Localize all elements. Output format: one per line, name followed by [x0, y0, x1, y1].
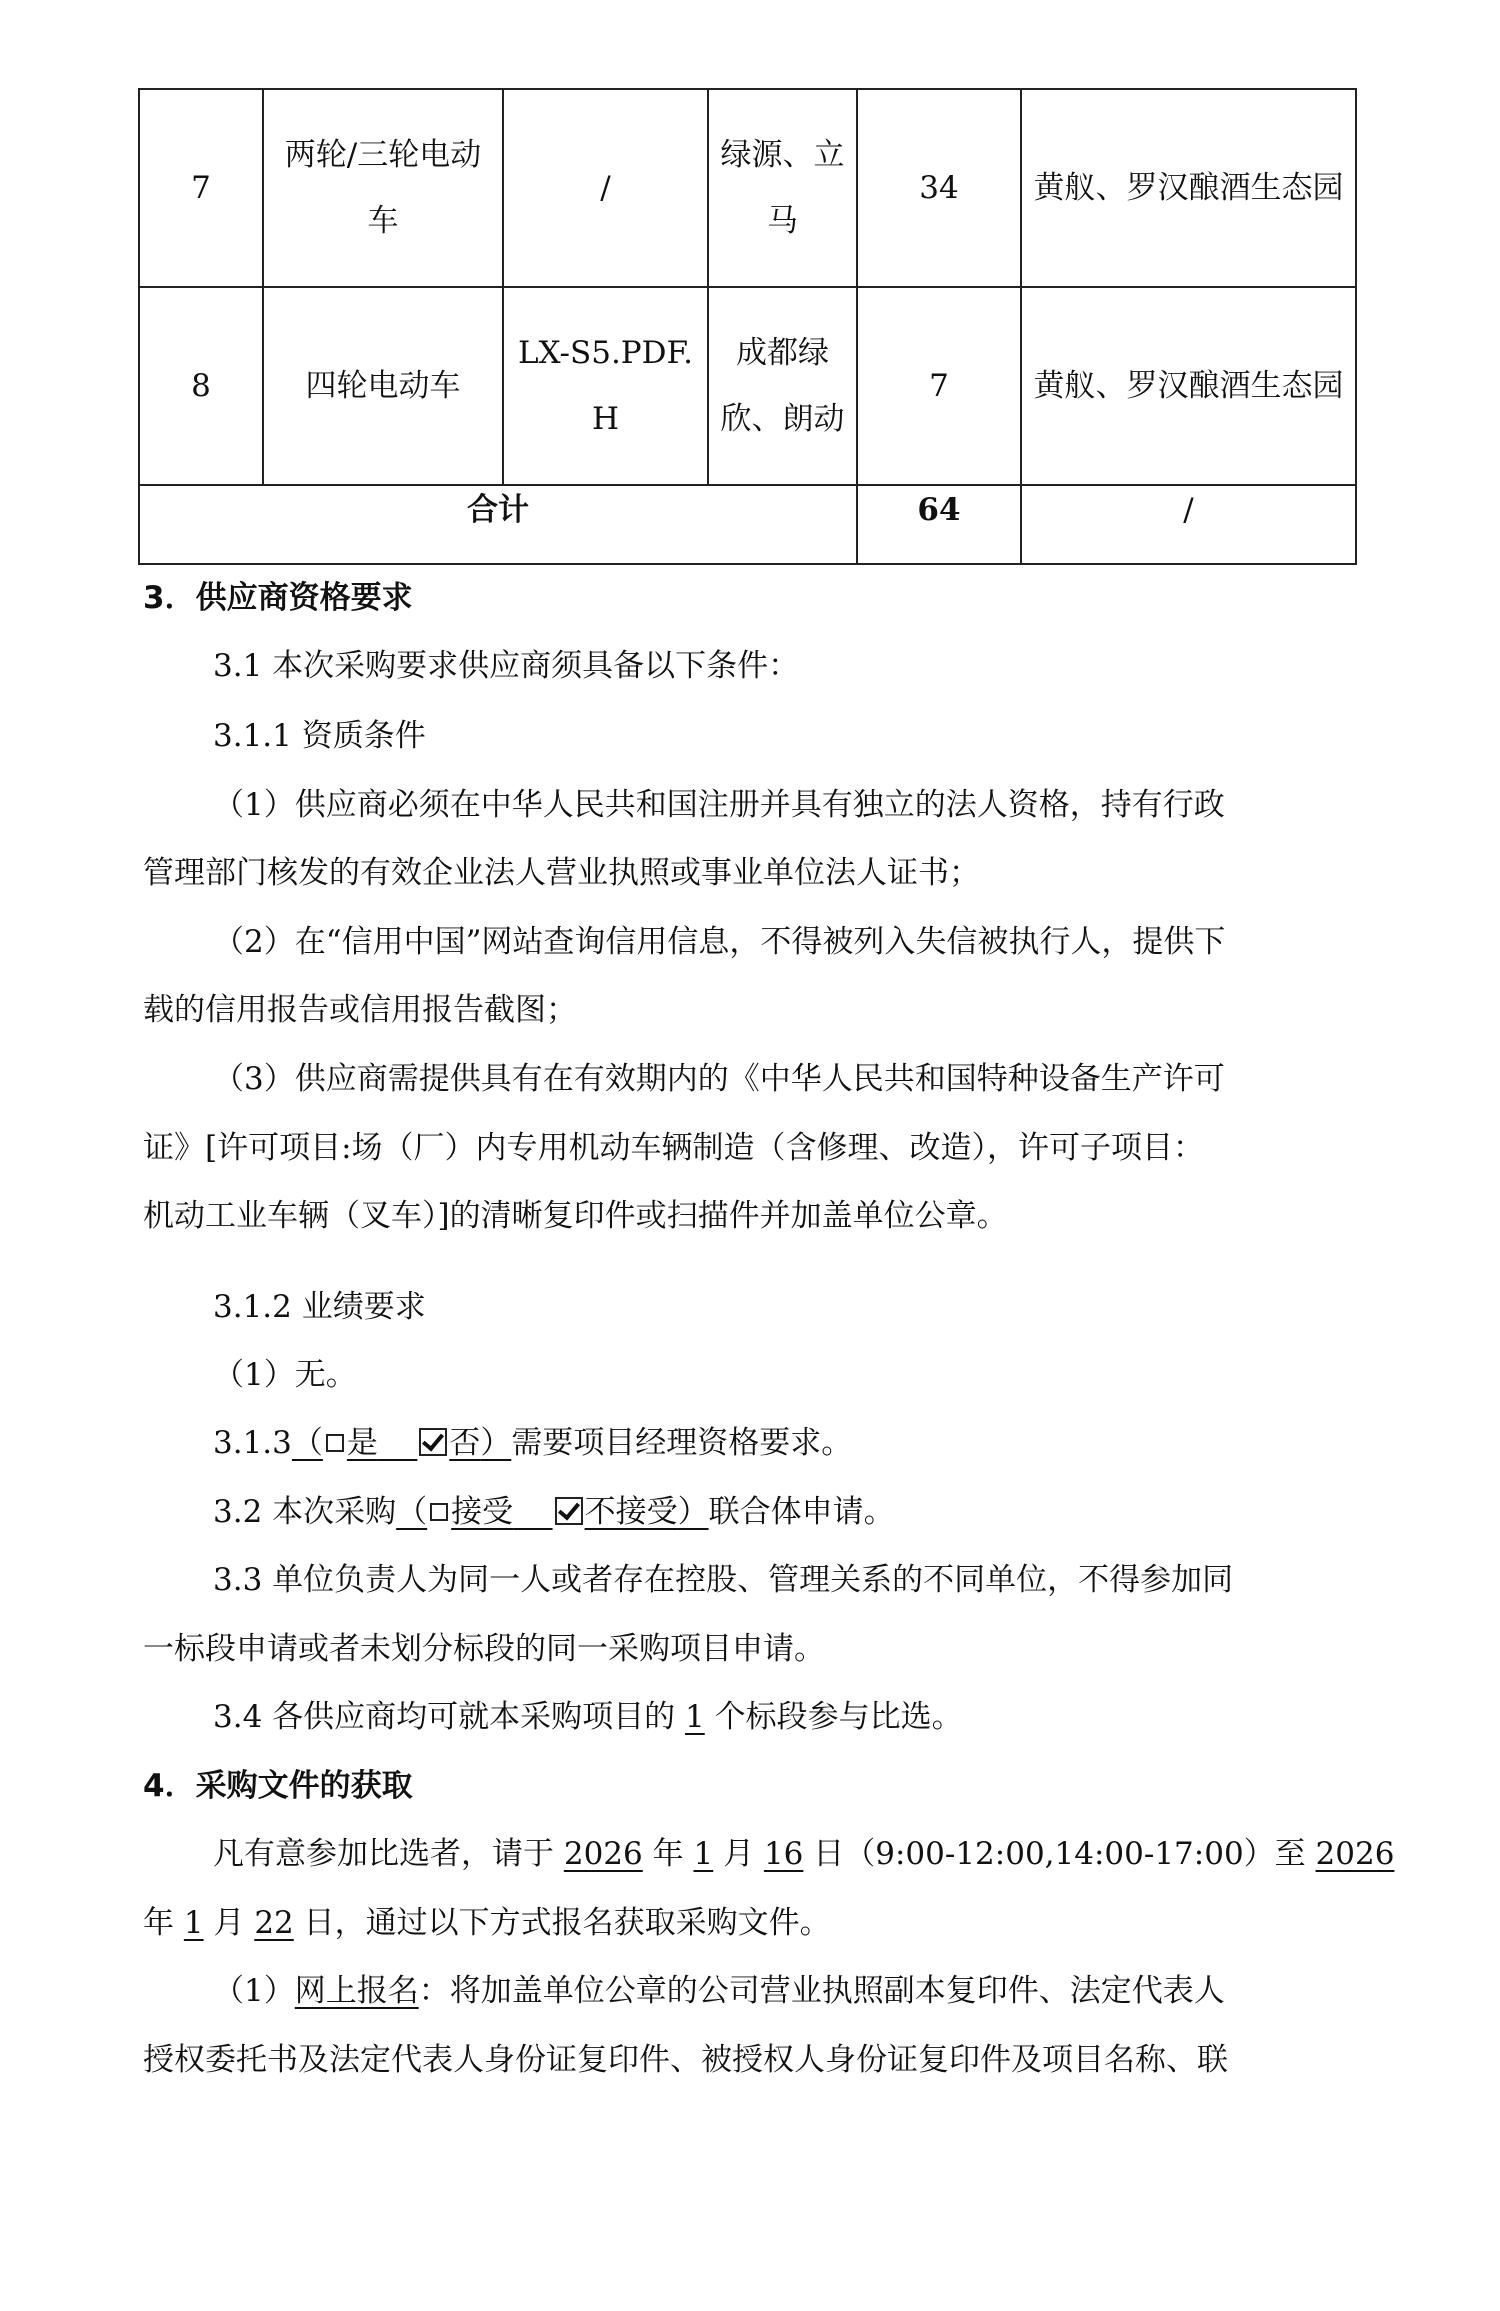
paren-close: ） [678, 1494, 709, 1530]
paren-close: ） [480, 1425, 511, 1461]
qualification-3-line3: 机动工业车辆（叉车）]的清晰复印件或扫描件并加盖单位公章。 [143, 1196, 1355, 1236]
total-label: 合计 [139, 485, 857, 564]
para-3-1-3-prefix: 3.1.3 [213, 1425, 292, 1461]
vehicle-name: 四轮电动车 [263, 287, 503, 485]
text: 年 [143, 1905, 184, 1941]
section-4-heading: 4．采购文件的获取 [143, 1766, 1355, 1806]
item-number: （1） [213, 1973, 295, 2009]
table-row: 8 四轮电动车 LX-S5.PDF.H 成都绿欣、朗动 7 黄舣、罗汉酿酒生态园 [139, 287, 1356, 485]
para-3-1-3: 3.1.3（是 否）需要项目经理资格要求。 [213, 1423, 1355, 1463]
para-3-4-suffix: 个标段参与比选。 [705, 1699, 963, 1735]
vehicle-quantity: 34 [857, 89, 1021, 287]
option-accept-label: 接受 [451, 1494, 513, 1530]
option-no-label: 否 [449, 1425, 480, 1461]
qualification-2-line1: （2）在“信用中国”网站查询信用信息，不得被列入失信被执行人，提供下 [213, 922, 1355, 962]
para-3-2-suffix: 联合体申请。 [709, 1494, 895, 1530]
total-location: / [1021, 485, 1356, 564]
para-3-3-line1: 3.3 单位负责人为同一人或者存在控股、管理关系的不同单位，不得参加同 [213, 1560, 1355, 1600]
total-quantity: 64 [857, 485, 1021, 564]
registration-period-line2: 年 1 月 22 日，通过以下方式报名获取采购文件。 [143, 1903, 1355, 1943]
qualification-2-line2: 载的信用报告或信用报告截图； [143, 990, 1355, 1030]
para-3-1: 3.1 本次采购要求供应商须具备以下条件： [213, 646, 1355, 686]
vehicle-table: 7 两轮/三轮电动车 / 绿源、立马 34 黄舣、罗汉酿酒生态园 8 四轮电动车… [138, 88, 1357, 565]
paren-open: （ [292, 1425, 323, 1461]
vehicle-location: 黄舣、罗汉酿酒生态园 [1021, 287, 1356, 485]
start-month: 1 [693, 1836, 713, 1872]
performance-item-1: （1）无。 [213, 1355, 1355, 1395]
project-manager-options: （是 否） [292, 1425, 511, 1461]
para-3-1-2: 3.1.2 业绩要求 [213, 1287, 1355, 1327]
paren-open: （ [396, 1494, 427, 1530]
option-reject-label: 不接受 [585, 1494, 678, 1530]
start-day: 16 [764, 1836, 803, 1872]
row-index: 8 [139, 287, 263, 485]
table-row: 7 两轮/三轮电动车 / 绿源、立马 34 黄舣、罗汉酿酒生态园 [139, 89, 1356, 287]
vehicle-name: 两轮/三轮电动车 [263, 89, 503, 287]
para-3-1-1: 3.1.1 资质条件 [213, 716, 1355, 756]
end-month: 1 [184, 1905, 204, 1941]
consortium-options: （接受 不接受） [396, 1494, 708, 1530]
para-3-4: 3.4 各供应商均可就本采购项目的 1 个标段参与比选。 [213, 1697, 1355, 1737]
checkbox-reject-checked-icon[interactable] [555, 1497, 583, 1525]
option-yes-label: 是 [347, 1425, 378, 1461]
para-3-3-line2: 一标段申请或者未划分标段的同一采购项目申请。 [143, 1629, 1355, 1669]
end-year: 2026 [1316, 1836, 1395, 1872]
vehicle-brand: 成都绿欣、朗动 [708, 287, 857, 485]
document-page: 7 两轮/三轮电动车 / 绿源、立马 34 黄舣、罗汉酿酒生态园 8 四轮电动车… [0, 0, 1500, 2311]
online-registration-line1: （1）网上报名：将加盖单位公章的公司营业执照副本复印件、法定代表人 [213, 1971, 1355, 2011]
vehicle-brand: 绿源、立马 [708, 89, 857, 287]
text: 日，通过以下方式报名获取采购文件。 [294, 1905, 831, 1941]
vehicle-location: 黄舣、罗汉酿酒生态园 [1021, 89, 1356, 287]
start-year: 2026 [564, 1836, 643, 1872]
para-3-2: 3.2 本次采购（接受 不接受）联合体申请。 [213, 1492, 1355, 1532]
text: 日（9:00-12:00,14:00-17:00）至 [803, 1836, 1315, 1872]
qualification-1-line2: 管理部门核发的有效企业法人营业执照或事业单位法人证书； [143, 853, 1355, 893]
text: ：将加盖单位公章的公司营业执照副本复印件、法定代表人 [419, 1973, 1225, 2009]
checkbox-yes-unchecked-icon[interactable] [326, 1434, 344, 1452]
text: 月 [713, 1836, 764, 1872]
lot-count: 1 [685, 1699, 705, 1735]
vehicle-model: LX-S5.PDF.H [503, 287, 708, 485]
qualification-1-line1: （1）供应商必须在中华人民共和国注册并具有独立的法人资格，持有行政 [213, 785, 1355, 825]
row-index: 7 [139, 89, 263, 287]
checkbox-no-checked-icon[interactable] [419, 1428, 447, 1456]
vehicle-model: / [503, 89, 708, 287]
qualification-3-line1: （3）供应商需提供具有在有效期内的《中华人民共和国特种设备生产许可 [213, 1059, 1355, 1099]
checkbox-accept-unchecked-icon[interactable] [430, 1503, 448, 1521]
end-day: 22 [254, 1905, 293, 1941]
para-3-1-3-suffix: 需要项目经理资格要求。 [511, 1425, 852, 1461]
qualification-3-line2: 证》[许可项目:场（厂）内专用机动车辆制造（含修理、改造），许可子项目： [143, 1128, 1355, 1168]
para-3-2-prefix: 3.2 本次采购 [213, 1494, 396, 1530]
text: 年 [643, 1836, 694, 1872]
section-3-heading: 3．供应商资格要求 [143, 578, 1355, 618]
text: 月 [204, 1905, 255, 1941]
online-registration-label: 网上报名 [295, 1973, 419, 2009]
vehicle-quantity: 7 [857, 287, 1021, 485]
para-3-4-prefix: 3.4 各供应商均可就本采购项目的 [213, 1699, 685, 1735]
online-registration-line2: 授权委托书及法定代表人身份证复印件、被授权人身份证复印件及项目名称、联 [143, 2040, 1355, 2080]
table-total-row: 合计 64 / [139, 485, 1356, 564]
text: 凡有意参加比选者，请于 [213, 1836, 564, 1872]
registration-period-line1: 凡有意参加比选者，请于 2026 年 1 月 16 日（9:00-12:00,1… [213, 1834, 1355, 1874]
